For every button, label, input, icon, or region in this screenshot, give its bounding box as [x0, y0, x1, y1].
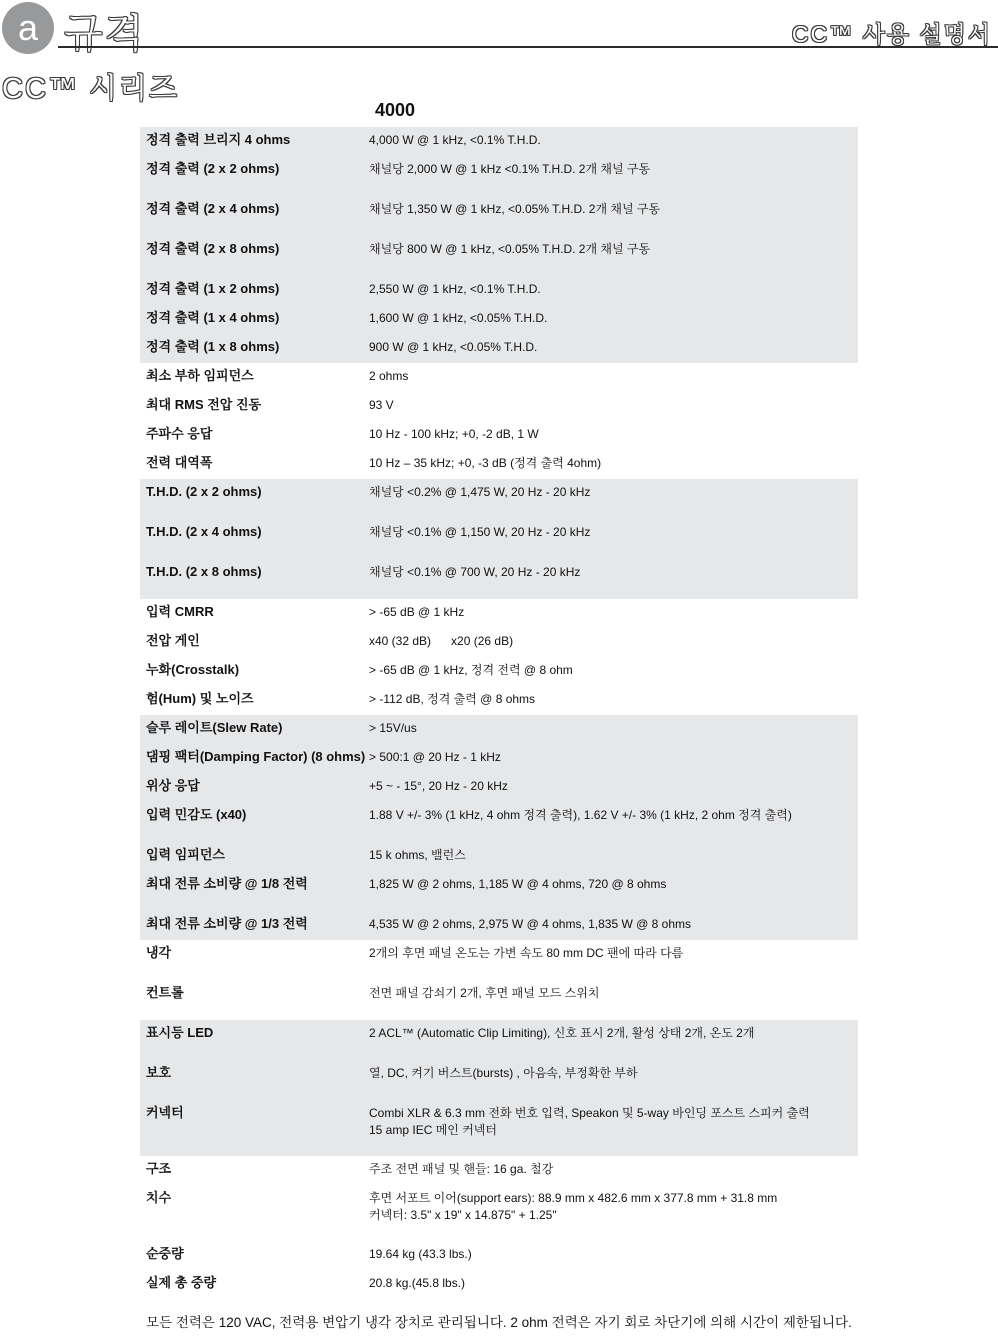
spec-row: 전압 게인x40 (32 dB) x20 (26 dB) — [140, 628, 858, 657]
spec-value: 전면 패널 감쇠기 2개, 후면 패널 모드 스위치 — [369, 985, 858, 1002]
spec-row: T.H.D. (2 x 2 ohms)채널당 <0.2% @ 1,475 W, … — [140, 479, 858, 519]
spec-row: 최대 전류 소비량 @ 1/3 전력4,535 W @ 2 ohms, 2,97… — [140, 911, 858, 940]
spec-label: 구조 — [140, 1161, 369, 1177]
spec-label: 입력 임피던스 — [140, 847, 369, 863]
spec-row: T.H.D. (2 x 8 ohms)채널당 <0.1% @ 700 W, 20… — [140, 559, 858, 599]
spec-row: T.H.D. (2 x 4 ohms)채널당 <0.1% @ 1,150 W, … — [140, 519, 858, 559]
spec-value: > -112 dB, 정격 출력 @ 8 ohms — [369, 691, 858, 708]
spec-value: 93 V — [369, 397, 858, 414]
spec-value: 4,535 W @ 2 ohms, 2,975 W @ 4 ohms, 1,83… — [369, 916, 858, 933]
spec-row: 주파수 응답10 Hz - 100 kHz; +0, -2 dB, 1 W — [140, 421, 858, 450]
spec-value: 19.64 kg (43.3 lbs.) — [369, 1246, 858, 1263]
spec-value: 1.88 V +/- 3% (1 kHz, 4 ohm 정격 출력), 1.62… — [369, 807, 858, 824]
spec-value: 2,550 W @ 1 kHz, <0.1% T.H.D. — [369, 281, 858, 298]
spec-value: 2 ohms — [369, 368, 858, 385]
spec-row: 커넥터Combi XLR & 6.3 mm 전화 번호 입력, Speakon … — [140, 1100, 858, 1156]
spec-label: 냉각 — [140, 945, 369, 961]
spec-value: 4,000 W @ 1 kHz, <0.1% T.H.D. — [369, 132, 858, 149]
spec-section: 냉각2개의 후면 패널 온도는 가변 속도 80 mm DC 팬에 따라 다름컨… — [140, 940, 858, 1020]
spec-value: 후면 서포트 이어(support ears): 88.9 mm x 482.6… — [369, 1190, 858, 1225]
spec-row: 입력 민감도 (x40)1.88 V +/- 3% (1 kHz, 4 ohm … — [140, 802, 858, 842]
manual-title: CC™ 사용 설명서 — [792, 16, 992, 49]
spec-value: Combi XLR & 6.3 mm 전화 번호 입력, Speakon 및 5… — [369, 1105, 858, 1140]
spec-label: 댐핑 팩터(Damping Factor) (8 ohms) — [140, 749, 369, 765]
spec-row: 정격 출력 브리지 4 ohms4,000 W @ 1 kHz, <0.1% T… — [140, 127, 858, 156]
spec-section: 입력 CMRR> -65 dB @ 1 kHz전압 게인x40 (32 dB) … — [140, 599, 858, 715]
spec-label: 표시등 LED — [140, 1025, 369, 1041]
spec-section: T.H.D. (2 x 2 ohms)채널당 <0.2% @ 1,475 W, … — [140, 479, 858, 599]
spec-label: 커넥터 — [140, 1105, 369, 1121]
spec-value: 열, DC, 켜기 버스트(bursts) , 아음속, 부정확한 부하 — [369, 1065, 858, 1082]
spec-label: 슬루 레이트(Slew Rate) — [140, 720, 369, 736]
spec-value: > -65 dB @ 1 kHz, 정격 전력 @ 8 ohm — [369, 662, 858, 679]
spec-label: 입력 민감도 (x40) — [140, 807, 369, 823]
spec-label: 최대 전류 소비량 @ 1/3 전력 — [140, 916, 369, 932]
spec-row: 정격 출력 (1 x 2 ohms)2,550 W @ 1 kHz, <0.1%… — [140, 276, 858, 305]
spec-section: 표시등 LED2 ACL™ (Automatic Clip Limiting),… — [140, 1020, 858, 1156]
section-badge: a — [2, 2, 54, 54]
spec-value: 1,600 W @ 1 kHz, <0.05% T.H.D. — [369, 310, 858, 327]
spec-row: 실제 총 중량20.8 kg.(45.8 lbs.) — [140, 1270, 858, 1299]
spec-label: 주파수 응답 — [140, 426, 369, 442]
spec-section: 구조주조 전면 패널 및 핸들: 16 ga. 철강치수후면 서포트 이어(su… — [140, 1156, 858, 1299]
badge-letter: a — [18, 10, 38, 46]
spec-row: 댐핑 팩터(Damping Factor) (8 ohms)> 500:1 @ … — [140, 744, 858, 773]
spec-section: 정격 출력 브리지 4 ohms4,000 W @ 1 kHz, <0.1% T… — [140, 127, 858, 363]
spec-row: 정격 출력 (1 x 4 ohms)1,600 W @ 1 kHz, <0.05… — [140, 305, 858, 334]
footer-note: 모든 전력은 120 VAC, 전력용 변압기 냉각 장치로 관리됩니다. 2 … — [146, 1314, 994, 1332]
spec-value: 채널당 <0.1% @ 700 W, 20 Hz - 20 kHz — [369, 564, 858, 581]
spec-label: 컨트롤 — [140, 985, 369, 1001]
spec-label: 최소 부하 임피던스 — [140, 368, 369, 384]
spec-value: 채널당 1,350 W @ 1 kHz, <0.05% T.H.D. 2개 채널… — [369, 201, 858, 218]
spec-value: > 15V/us — [369, 720, 858, 737]
spec-row: 슬루 레이트(Slew Rate)> 15V/us — [140, 715, 858, 744]
spec-row: 보호열, DC, 켜기 버스트(bursts) , 아음속, 부정확한 부하 — [140, 1060, 858, 1100]
spec-label: 정격 출력 (2 x 2 ohms) — [140, 161, 369, 177]
spec-row: 컨트롤전면 패널 감쇠기 2개, 후면 패널 모드 스위치 — [140, 980, 858, 1020]
spec-value: 채널당 2,000 W @ 1 kHz <0.1% T.H.D. 2개 채널 구… — [369, 161, 858, 178]
spec-label: 보호 — [140, 1065, 369, 1081]
spec-label: 치수 — [140, 1190, 369, 1206]
spec-value: 채널당 <0.2% @ 1,475 W, 20 Hz - 20 kHz — [369, 484, 858, 501]
spec-value: 900 W @ 1 kHz, <0.05% T.H.D. — [369, 339, 858, 356]
spec-section: 슬루 레이트(Slew Rate)> 15V/us댐핑 팩터(Damping F… — [140, 715, 858, 940]
spec-label: 험(Hum) 및 노이즈 — [140, 691, 369, 707]
spec-value: 20.8 kg.(45.8 lbs.) — [369, 1275, 858, 1292]
spec-label: 실제 총 중량 — [140, 1275, 369, 1291]
spec-row: 정격 출력 (1 x 8 ohms)900 W @ 1 kHz, <0.05% … — [140, 334, 858, 363]
spec-value: 10 Hz – 35 kHz; +0, -3 dB (정격 출력 4ohm) — [369, 455, 858, 472]
spec-row: 위상 응답+5 ~ - 15°, 20 Hz - 20 kHz — [140, 773, 858, 802]
spec-label: 정격 출력 (1 x 2 ohms) — [140, 281, 369, 297]
spec-label: 정격 출력 브리지 4 ohms — [140, 132, 369, 148]
spec-row: 누화(Crosstalk)> -65 dB @ 1 kHz, 정격 전력 @ 8… — [140, 657, 858, 686]
spec-value: 15 k ohms, 밸런스 — [369, 847, 858, 864]
spec-label: 정격 출력 (2 x 8 ohms) — [140, 241, 369, 257]
spec-row: 치수후면 서포트 이어(support ears): 88.9 mm x 482… — [140, 1185, 858, 1241]
spec-label: 정격 출력 (1 x 8 ohms) — [140, 339, 369, 355]
spec-row: 최대 전류 소비량 @ 1/8 전력1,825 W @ 2 ohms, 1,18… — [140, 871, 858, 911]
spec-label: 위상 응답 — [140, 778, 369, 794]
spec-value: > 500:1 @ 20 Hz - 1 kHz — [369, 749, 858, 766]
spec-section: 최소 부하 임피던스2 ohms최대 RMS 전압 진동93 V주파수 응답10… — [140, 363, 858, 479]
spec-row: 순중량19.64 kg (43.3 lbs.) — [140, 1241, 858, 1270]
page-title: 규격 — [64, 2, 145, 59]
spec-value: 채널당 800 W @ 1 kHz, <0.05% T.H.D. 2개 채널 구… — [369, 241, 858, 258]
spec-label: 정격 출력 (2 x 4 ohms) — [140, 201, 369, 217]
spec-value: 10 Hz - 100 kHz; +0, -2 dB, 1 W — [369, 426, 858, 443]
spec-row: 냉각2개의 후면 패널 온도는 가변 속도 80 mm DC 팬에 따라 다름 — [140, 940, 858, 980]
spec-row: 최소 부하 임피던스2 ohms — [140, 363, 858, 392]
spec-label: 전력 대역폭 — [140, 455, 369, 471]
spec-value: 주조 전면 패널 및 핸들: 16 ga. 철강 — [369, 1161, 858, 1178]
spec-value: x40 (32 dB) x20 (26 dB) — [369, 633, 858, 650]
spec-value: > -65 dB @ 1 kHz — [369, 604, 858, 621]
spec-label: 최대 RMS 전압 진동 — [140, 397, 369, 413]
spec-row: 입력 임피던스15 k ohms, 밸런스 — [140, 842, 858, 871]
spec-label: 순중량 — [140, 1246, 369, 1262]
header-rule — [58, 46, 998, 48]
spec-row: 험(Hum) 및 노이즈> -112 dB, 정격 출력 @ 8 ohms — [140, 686, 858, 715]
spec-row: 정격 출력 (2 x 8 ohms)채널당 800 W @ 1 kHz, <0.… — [140, 236, 858, 276]
spec-label: 최대 전류 소비량 @ 1/8 전력 — [140, 876, 369, 892]
spec-row: 정격 출력 (2 x 4 ohms)채널당 1,350 W @ 1 kHz, <… — [140, 196, 858, 236]
spec-label: 누화(Crosstalk) — [140, 662, 369, 678]
spec-row: 최대 RMS 전압 진동93 V — [140, 392, 858, 421]
spec-row: 정격 출력 (2 x 2 ohms)채널당 2,000 W @ 1 kHz <0… — [140, 156, 858, 196]
spec-table: 정격 출력 브리지 4 ohms4,000 W @ 1 kHz, <0.1% T… — [140, 127, 858, 1299]
spec-label: 입력 CMRR — [140, 604, 369, 620]
spec-value: 1,825 W @ 2 ohms, 1,185 W @ 4 ohms, 720 … — [369, 876, 858, 893]
spec-label: T.H.D. (2 x 2 ohms) — [140, 484, 369, 500]
spec-label: 전압 게인 — [140, 633, 369, 649]
spec-label: T.H.D. (2 x 8 ohms) — [140, 564, 369, 580]
spec-value: 채널당 <0.1% @ 1,150 W, 20 Hz - 20 kHz — [369, 524, 858, 541]
spec-value: +5 ~ - 15°, 20 Hz - 20 kHz — [369, 778, 858, 795]
spec-row: 전력 대역폭10 Hz – 35 kHz; +0, -3 dB (정격 출력 4… — [140, 450, 858, 479]
spec-row: 구조주조 전면 패널 및 핸들: 16 ga. 철강 — [140, 1156, 858, 1185]
spec-page: a 규격 CC™ 사용 설명서 CC™ 시리즈 4000 정격 출력 브리지 4… — [0, 0, 998, 1341]
spec-row: 입력 CMRR> -65 dB @ 1 kHz — [140, 599, 858, 628]
spec-label: 정격 출력 (1 x 4 ohms) — [140, 310, 369, 326]
spec-label: T.H.D. (2 x 4 ohms) — [140, 524, 369, 540]
spec-value: 2 ACL™ (Automatic Clip Limiting), 신호 표시 … — [369, 1025, 858, 1042]
series-title: CC™ 시리즈 — [2, 66, 179, 107]
spec-row: 표시등 LED2 ACL™ (Automatic Clip Limiting),… — [140, 1020, 858, 1060]
model-column-header: 4000 — [375, 100, 415, 121]
spec-value: 2개의 후면 패널 온도는 가변 속도 80 mm DC 팬에 따라 다름 — [369, 945, 858, 962]
